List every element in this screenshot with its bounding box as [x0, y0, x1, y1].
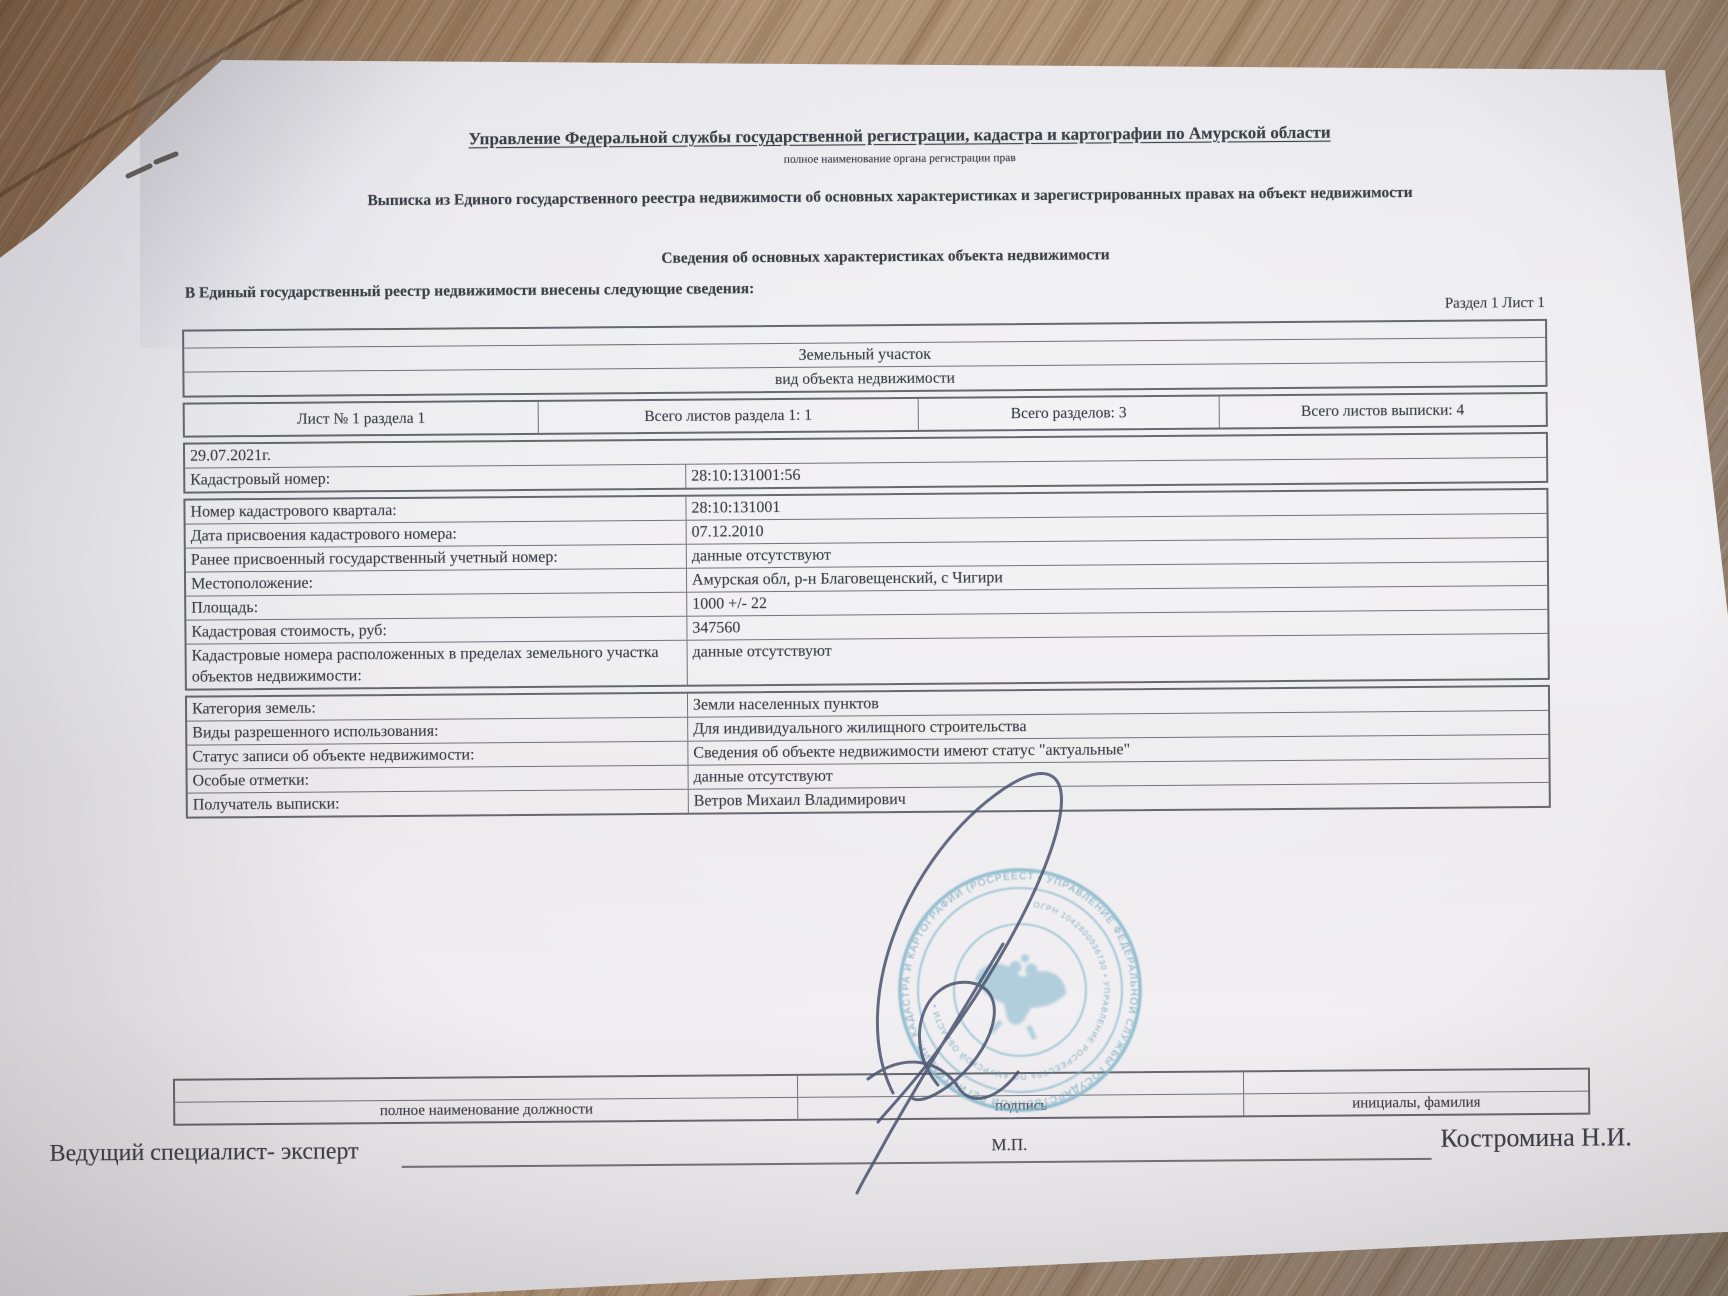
row-label: Кадастровые номера расположенных в преде…	[187, 641, 688, 689]
sheet-meta-row: Лист № 1 раздела 1 Всего листов раздела …	[183, 392, 1548, 438]
section-title: Сведения об основных характеристиках объ…	[246, 243, 1524, 271]
row-label: Получатель выписки:	[188, 790, 689, 817]
meta-sections-total: Всего разделов: 3	[918, 396, 1219, 429]
org-subtitle: полное наименование органа регистрации п…	[246, 148, 1554, 170]
row-label: Виды разрешенного использования:	[187, 718, 688, 745]
col-position-caption: полное наименование должности	[175, 1098, 798, 1124]
attributes-box: Номер кадастрового квартала: 28:10:13100…	[183, 488, 1549, 691]
row-label: Дата присвоения кадастрового номера:	[186, 521, 687, 548]
empty-row	[184, 332, 194, 348]
doc-title: Выписка из Единого государственного реес…	[146, 182, 1634, 212]
row-label: Особые отметки:	[188, 766, 689, 793]
status-box: Категория земель: Земли населенных пункт…	[185, 685, 1551, 819]
photo-of-egrn-extract: { "colors": { "paper": "#efeef1", "wood"…	[0, 0, 1728, 1296]
document-content: Управление Федеральной службы государств…	[0, 0, 1728, 1296]
row-label: Местоположение:	[186, 569, 687, 596]
intro-line: В Единый государственный реестр недвижим…	[185, 280, 755, 302]
col-name-caption: инициалы, фамилия	[1243, 1092, 1588, 1116]
row-value: данные отсутствуют	[687, 634, 1547, 685]
date-and-cadnum-box: 29.07.2021г. Кадастровый номер: 28:10:13…	[183, 432, 1548, 494]
org-title: Управление Федеральной службы государств…	[246, 121, 1554, 151]
row-label: Кадастровая стоимость, руб:	[186, 617, 687, 644]
signer-role: Ведущий специалист- эксперт	[49, 1138, 358, 1167]
row-label: Категория земель:	[187, 694, 688, 721]
meta-sheets-total: Всего листов раздела 1: 1	[537, 399, 918, 433]
row-label: Статус записи об объекте недвижимости:	[187, 742, 688, 769]
signature-line	[401, 1128, 1431, 1168]
row-label: Кадастровый номер:	[185, 465, 686, 492]
main-table: Земельный участок вид объекта недвижимос…	[182, 319, 1551, 824]
meta-sheet: Лист № 1 раздела 1	[185, 402, 538, 436]
empty-cell	[1243, 1070, 1588, 1094]
double-headed-eagle-emblem	[967, 947, 1071, 1042]
object-type-box: Земельный участок вид объекта недвижимос…	[182, 319, 1547, 398]
row-label: Ранее присвоенный государственный учетны…	[186, 545, 687, 572]
official-seal: • УПРАВЛЕНИЕ ФЕДЕРАЛЬНОЙ СЛУЖБЫ ГОСУДАРС…	[869, 839, 1171, 1141]
meta-extract-sheets: Всего листов выписки: 4	[1218, 394, 1545, 428]
signer-name: Костромина Н.И.	[1440, 1122, 1632, 1154]
section-sheet-label: Раздел 1 Лист 1	[1445, 295, 1545, 313]
row-label: Площадь:	[186, 593, 687, 620]
row-label: Номер кадастрового квартала:	[185, 497, 686, 524]
